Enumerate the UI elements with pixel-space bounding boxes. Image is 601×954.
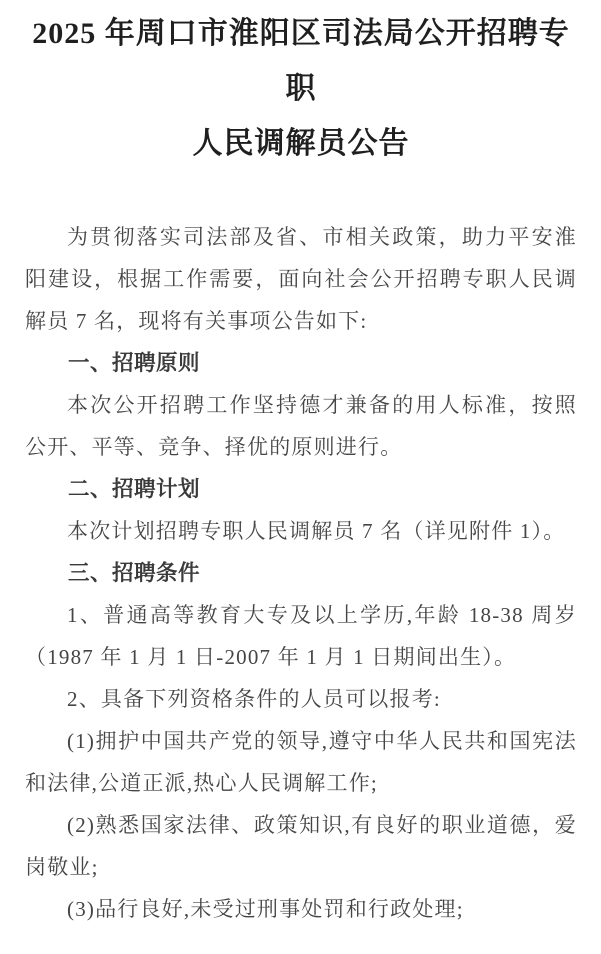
paragraph-requirement-2: 2、具备下列资格条件的人员可以报考:	[25, 678, 577, 720]
announcement-document: 2025 年周口市淮阳区司法局公开招聘专职 人民调解员公告 为贯彻落实司法部及省…	[0, 0, 601, 954]
paragraph-requirement-1: 1、普通高等教育大专及以上学历,年龄 18-38 周岁（1987 年 1 月 1…	[25, 594, 577, 678]
document-title-line-2: 人民调解员公告	[25, 116, 577, 171]
section-heading-recruitment-plan: 二、招聘计划	[25, 468, 577, 510]
paragraph-recruitment-plan: 本次计划招聘专职人民调解员 7 名（详见附件 1）。	[25, 510, 577, 552]
document-body: 为贯彻落实司法部及省、市相关政策，助力平安淮阳建设，根据工作需要，面向社会公开招…	[25, 216, 577, 930]
paragraph-qualification-1: (1)拥护中国共产党的领导,遵守中华人民共和国宪法和法律,公道正派,热心人民调解…	[25, 720, 577, 804]
document-title: 2025 年周口市淮阳区司法局公开招聘专职 人民调解员公告	[25, 6, 577, 171]
section-heading-recruitment-requirements: 三、招聘条件	[25, 552, 577, 594]
document-title-line-1: 2025 年周口市淮阳区司法局公开招聘专职	[25, 6, 577, 116]
paragraph-qualification-3: (3)品行良好,未受过刑事处罚和行政处理;	[25, 888, 577, 930]
paragraph-qualification-2: (2)熟悉国家法律、政策知识,有良好的职业道德，爱岗敬业;	[25, 804, 577, 888]
section-heading-recruitment-principles: 一、招聘原则	[25, 342, 577, 384]
paragraph-recruitment-principles: 本次公开招聘工作坚持德才兼备的用人标准，按照公开、平等、竞争、择优的原则进行。	[25, 384, 577, 468]
intro-paragraph: 为贯彻落实司法部及省、市相关政策，助力平安淮阳建设，根据工作需要，面向社会公开招…	[25, 216, 577, 342]
